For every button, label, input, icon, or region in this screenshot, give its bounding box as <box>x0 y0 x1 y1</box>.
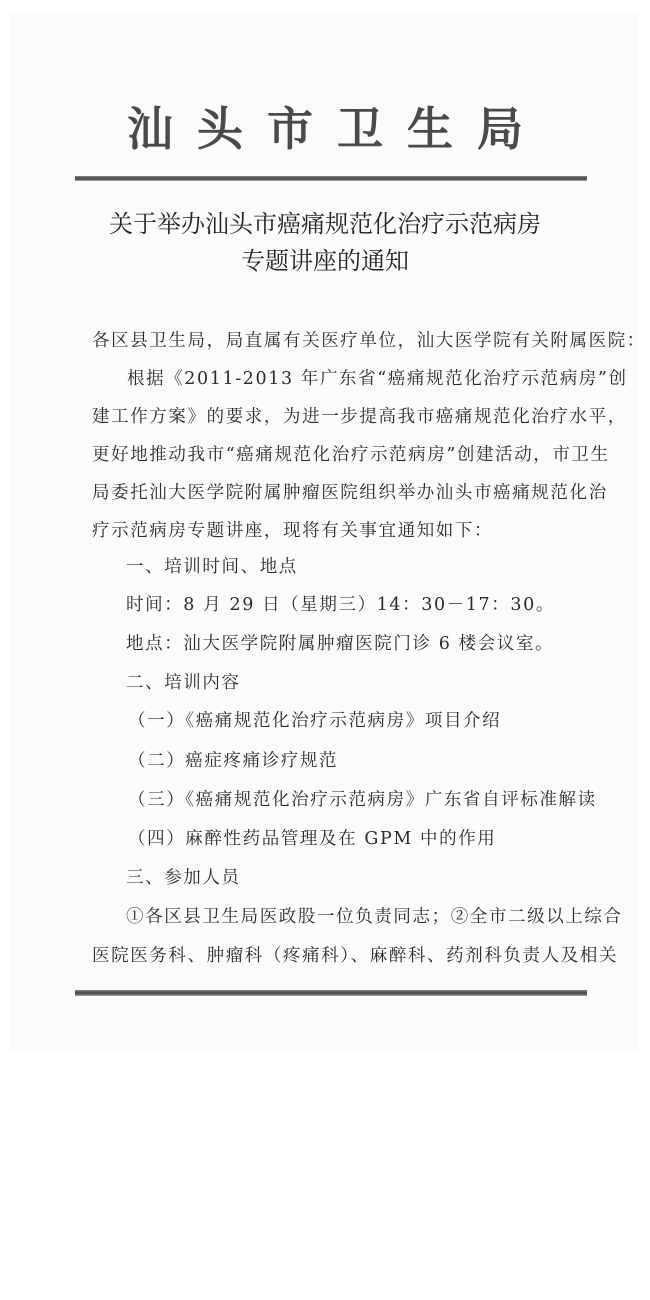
content-item: （一）《癌痛规范化治疗示范病房》项目介绍 <box>128 709 598 733</box>
content-item: （三）《癌痛规范化治疗示范病房》广东省自评标准解读 <box>128 788 598 812</box>
content-item: （四）麻醉性药品管理及在 GPM 中的作用 <box>128 827 598 851</box>
intro-line: 建工作方案》的要求，为进一步提高我市癌痛规范化治疗水平， <box>92 405 562 429</box>
section2-heading: 二、培训内容 <box>126 671 596 695</box>
intro-line: 更好地推动我市“癌痛规范化治疗示范病房”创建活动，市卫生 <box>92 443 562 467</box>
section1-heading: 一、培训时间、地点 <box>126 555 596 579</box>
letterhead-divider <box>75 176 587 181</box>
addressee: 各区县卫生局，局直属有关医疗单位，汕大医学院有关附属医院： <box>92 329 562 353</box>
footer-divider <box>75 990 587 996</box>
section3-heading: 三、参加人员 <box>126 866 596 890</box>
notice-title-line2: 专题讲座的通知 <box>0 244 650 278</box>
intro-line: 根据《2011-2013 年广东省“癌痛规范化治疗示范病房”创 <box>127 367 597 391</box>
training-place: 地点：汕大医学院附属肿瘤医院门诊 6 楼会议室。 <box>126 632 596 656</box>
content-item: （二）癌症疼痛诊疗规范 <box>128 749 598 773</box>
notice-title-line1: 关于举办汕头市癌痛规范化治疗示范病房 <box>0 207 650 241</box>
participants-line: ①各区县卫生局医政股一位负责同志；②全市二级以上综合 <box>126 905 596 929</box>
org-letterhead: 汕头市卫生局 <box>0 98 650 160</box>
intro-line: 局委托汕大医学院附属肿瘤医院组织举办汕头市癌痛规范化治 <box>92 481 562 505</box>
training-time: 时间：8 月 29 日（星期三）14：30－17：30。 <box>126 593 596 617</box>
participants-line: 医院医务科、肿瘤科（疼痛科）、麻醉科、药剂科负责人及相关 <box>92 944 562 968</box>
intro-line: 疗示范病房专题讲座，现将有关事宜通知如下： <box>92 519 562 543</box>
